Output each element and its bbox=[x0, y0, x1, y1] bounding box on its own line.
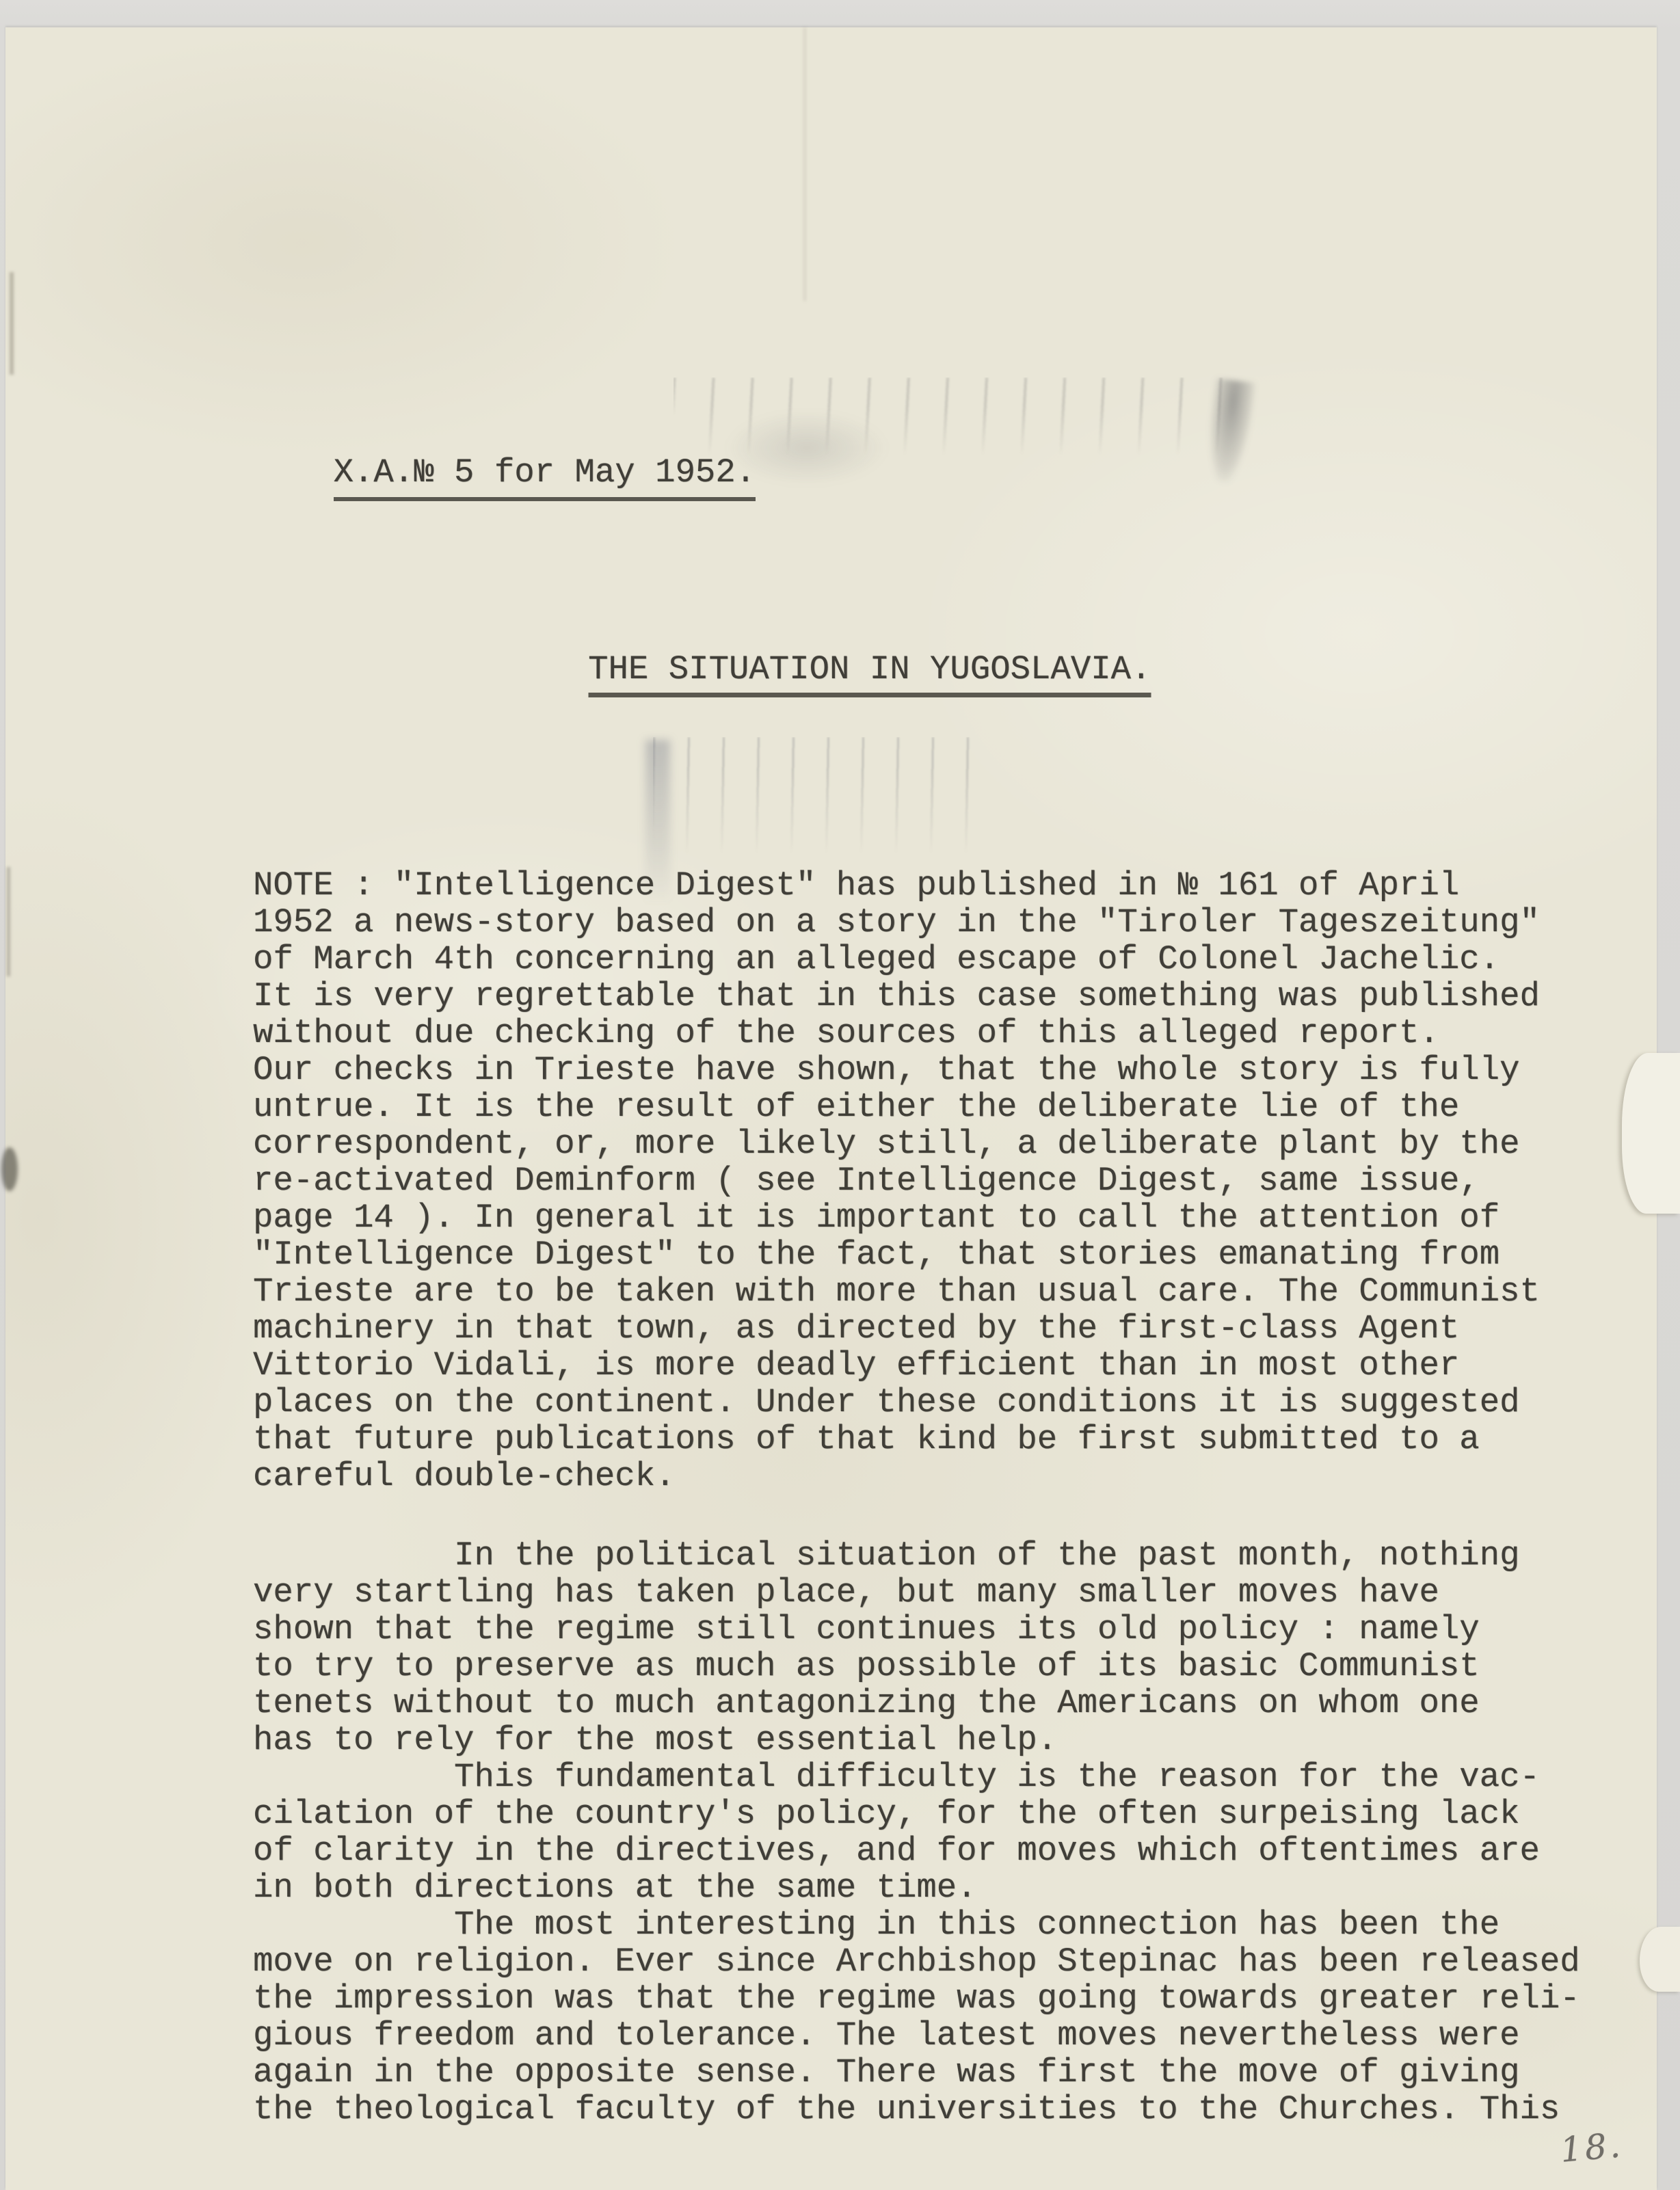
body-paragraphs: In the political situation of the past m… bbox=[253, 1537, 1580, 2128]
reference-heading: X.A.№ 5 for May 1952. bbox=[253, 417, 756, 538]
note-paragraph: NOTE : "Intelligence Digest" has publish… bbox=[253, 867, 1540, 1495]
document-title: THE SITUATION IN YUGOSLAVIA. bbox=[508, 614, 1151, 734]
reference-heading-text: X.A.№ 5 for May 1952. bbox=[334, 454, 756, 501]
document-title-text: THE SITUATION IN YUGOSLAVIA. bbox=[588, 651, 1151, 697]
scanned-page-background: X.A.№ 5 for May 1952. THE SITUATION IN Y… bbox=[0, 0, 1680, 2190]
page-number-annotation: 18. bbox=[1559, 2125, 1625, 2170]
